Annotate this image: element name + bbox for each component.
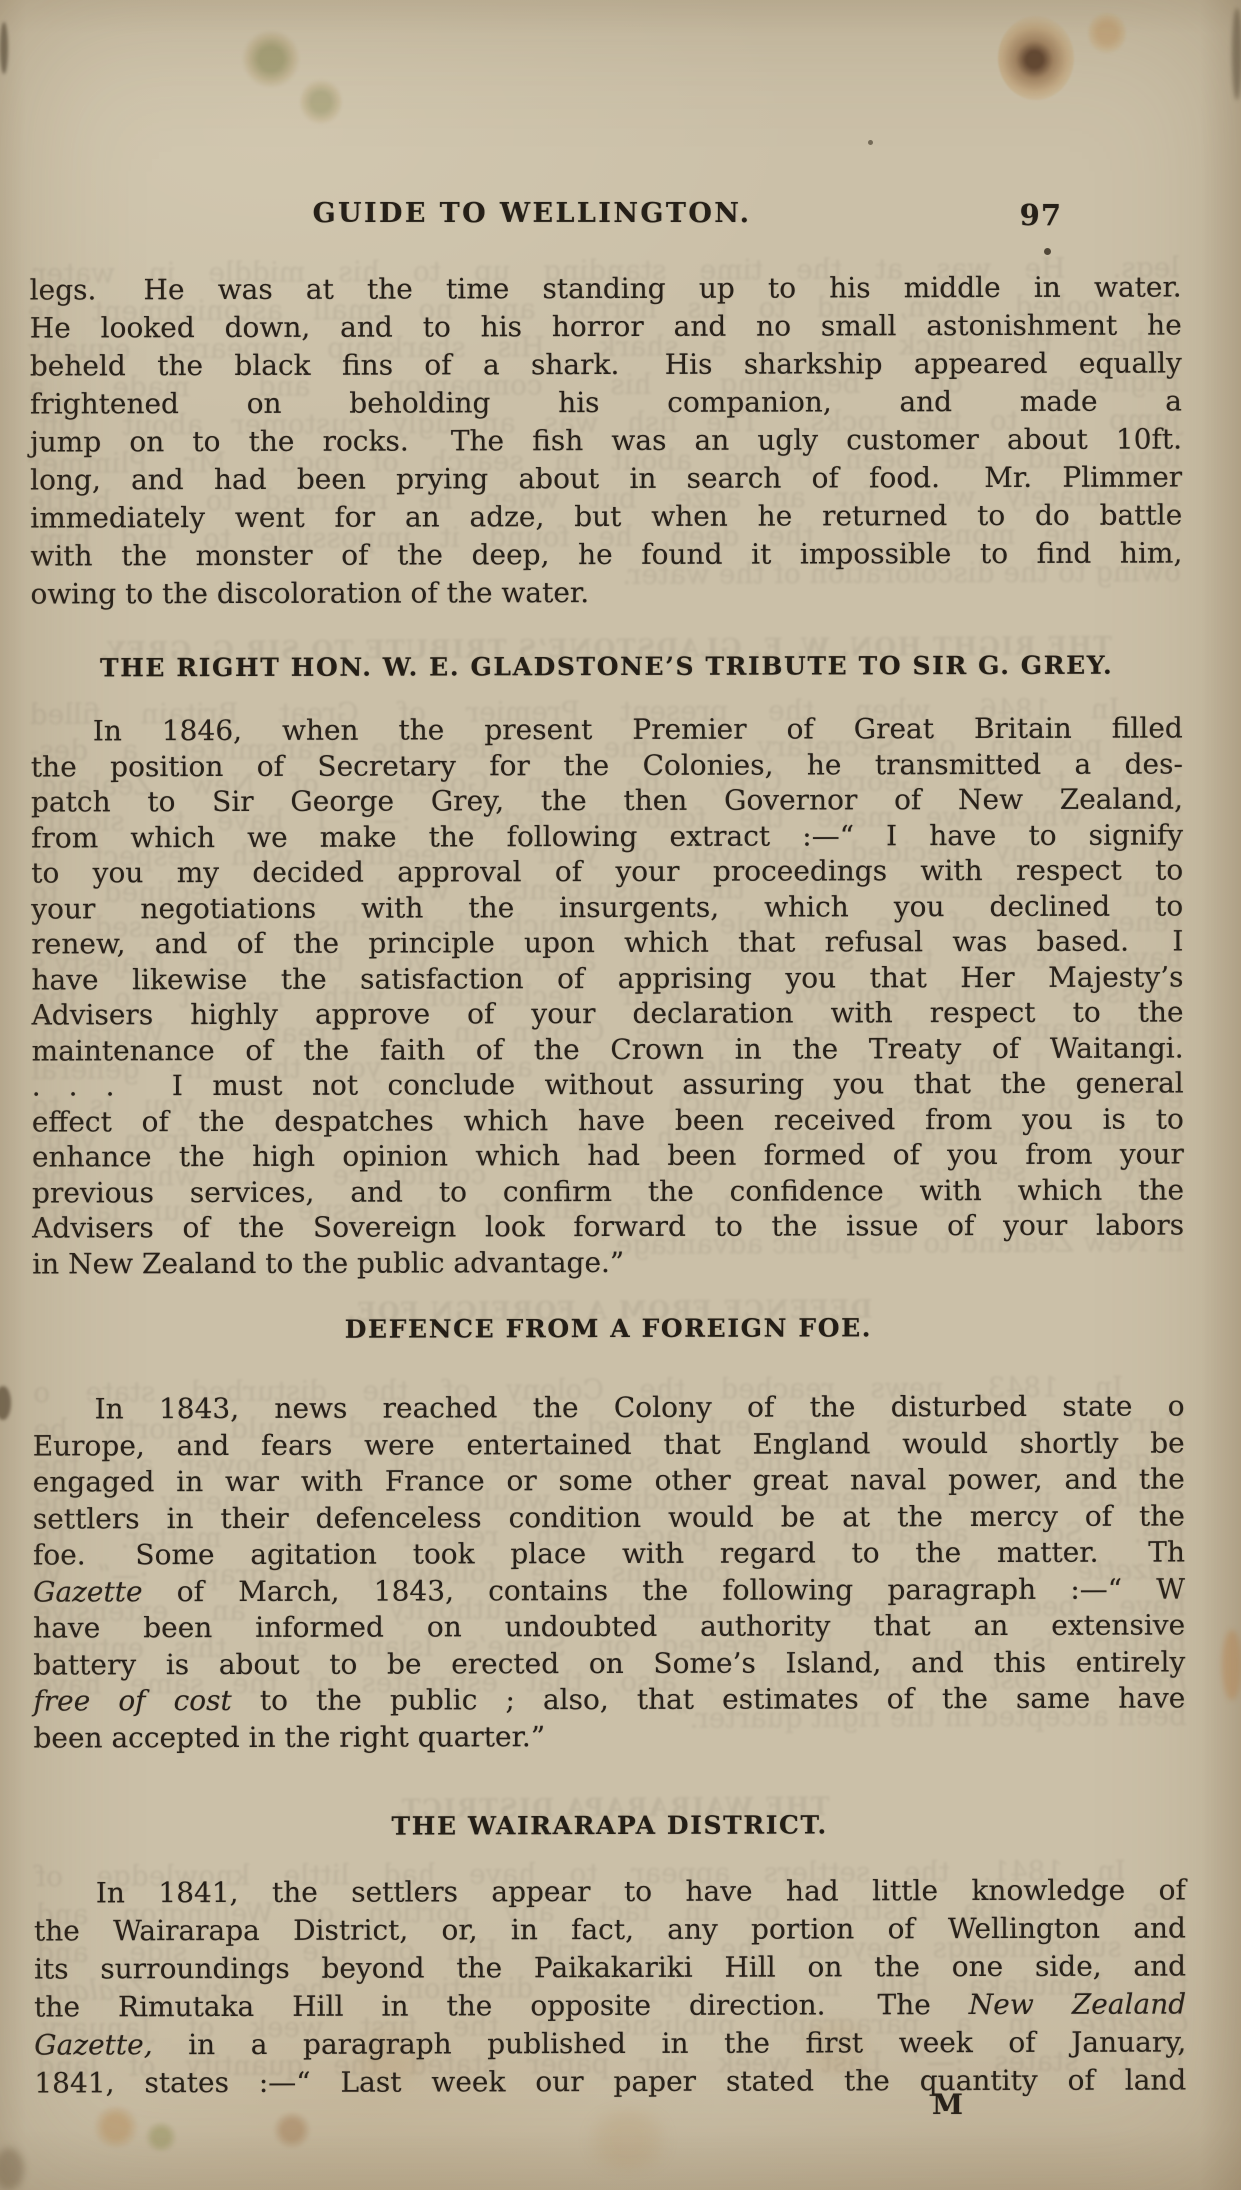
text-segment: immediately went for an adze, but when h… xyxy=(30,498,1182,534)
text-line: Gazette, in a paragraph published in the… xyxy=(34,2023,1186,2064)
text-line: to you my decided approval of your proce… xyxy=(31,852,1183,891)
running-header: GUIDE TO WELLINGTON. 97 xyxy=(32,198,1184,238)
italic-text: free of cost xyxy=(33,1684,231,1718)
text-segment: jump on to the rocks. The fish was an ug… xyxy=(30,422,1182,458)
text-line: free of cost to the public ; also, that … xyxy=(33,1680,1185,1720)
text-line: your negotiations with the insurgents, w… xyxy=(31,888,1183,927)
text-line: renew, and of the principle upon which t… xyxy=(31,923,1183,962)
text-segment: In 1843, news reached the Colony of the … xyxy=(95,1389,1185,1425)
ink-blot xyxy=(998,16,1074,100)
signature-mark: M xyxy=(932,2088,963,2121)
text-segment: battery is about to be erected on Some’s… xyxy=(33,1645,1185,1681)
text-segment: the Wairarapa District, or, in fact, any… xyxy=(34,1911,1186,1947)
edge-mark xyxy=(0,22,8,74)
text-line: long, and had been prying about in searc… xyxy=(30,458,1182,499)
text-line: frightened on beholding his companion, a… xyxy=(30,382,1182,423)
text-line: the position of Secretary for the Coloni… xyxy=(31,746,1183,785)
text-line: patch to Sir George Grey, the then Gover… xyxy=(31,781,1183,820)
text-segment: settlers in their defenceless condition … xyxy=(33,1499,1185,1535)
text-line: foe. Some agitation took place with rega… xyxy=(33,1534,1185,1574)
text-segment: Advisers of the Sovereign look forward t… xyxy=(32,1208,1184,1244)
paragraph: In 1846, when the present Premier of Gre… xyxy=(31,710,1184,1281)
text-segment: in New Zealand to the public advantage.” xyxy=(32,1245,624,1280)
corner-shadow xyxy=(0,2148,24,2190)
text-segment: the position of Secretary for the Coloni… xyxy=(31,747,1183,783)
text-line: In 1843, news reached the Colony of the … xyxy=(33,1388,1185,1428)
text-line: in New Zealand to the public advantage.” xyxy=(32,1243,1184,1282)
text-line: In 1846, when the present Premier of Gre… xyxy=(31,710,1183,749)
text-segment: have been informed on undoubted authorit… xyxy=(33,1608,1185,1644)
text-segment: In 1841, the settlers appear to have had… xyxy=(96,1873,1186,1909)
text-line: have likewise the satisfaction of appris… xyxy=(31,959,1183,998)
text-segment: maintenance of the faith of the Crown in… xyxy=(32,1031,1184,1067)
section-heading: THE WAIRARAPA DISTRICT. xyxy=(34,1809,1186,1842)
text-segment: to the public ; also, that estimates of … xyxy=(232,1681,1186,1716)
edge-smudge xyxy=(1222,1630,1241,1700)
text-line: legs. He was at the time standing up to … xyxy=(30,268,1182,309)
text-line: from which we make the following extract… xyxy=(31,817,1183,856)
page-number: 97 xyxy=(1020,198,1062,232)
text-segment: from which we make the following extract… xyxy=(31,818,1183,854)
text-line: enhance the high opinion which had been … xyxy=(32,1136,1184,1175)
text-line: He looked down, and to his horror and no… xyxy=(30,306,1182,347)
text-segment: of March, 1843, contains the following p… xyxy=(142,1572,1185,1608)
text-line: battery is about to be erected on Some’s… xyxy=(33,1644,1185,1684)
foxing-spot xyxy=(144,2122,178,2152)
text-segment: effect of the despatches which have been… xyxy=(32,1102,1184,1138)
section-heading: DEFENCE FROM A FOREIGN FOE. xyxy=(32,1312,1184,1345)
text-segment: frightened on beholding his companion, a… xyxy=(30,384,1182,420)
paragraph: legs. He was at the time standing up to … xyxy=(30,268,1183,613)
text-line: with the monster of the deep, he found i… xyxy=(30,534,1182,575)
edge-mark xyxy=(0,1386,11,1420)
text-segment: beheld the black fins of a shark. His sh… xyxy=(30,346,1182,382)
edge-mark xyxy=(1232,8,1241,100)
text-line: immediately went for an adze, but when h… xyxy=(30,496,1182,537)
paragraph: In 1841, the settlers appear to have had… xyxy=(34,1871,1187,2102)
text-line: 1841, states :—“ Last week our paper sta… xyxy=(34,2061,1186,2102)
text-segment: legs. He was at the time standing up to … xyxy=(30,270,1182,306)
text-line: been accepted in the right quarter.” xyxy=(33,1717,1185,1757)
text-segment: Europe, and fears were entertained that … xyxy=(33,1426,1185,1462)
text-line: . . . I must not conclude without assuri… xyxy=(32,1065,1184,1104)
text-line: owing to the discoloration of the water. xyxy=(30,572,1182,613)
text-segment: renew, and of the principle upon which t… xyxy=(31,924,1183,960)
text-segment: engaged in war with France or some other… xyxy=(33,1462,1185,1498)
text-segment: the Rimutaka Hill in the opposite direct… xyxy=(34,1988,969,2023)
section-heading: THE RIGHT HON. W. E. GLADSTONE’S TRIBUTE… xyxy=(31,650,1183,683)
italic-text: New Zealand xyxy=(969,1987,1186,2021)
ink-speck xyxy=(868,140,873,145)
text-line: have been informed on undoubted authorit… xyxy=(33,1607,1185,1647)
text-line: the Rimutaka Hill in the opposite direct… xyxy=(34,1985,1186,2026)
text-segment: your negotiations with the insurgents, w… xyxy=(31,889,1183,925)
text-line: the Wairarapa District, or, in fact, any… xyxy=(34,1909,1186,1950)
text-line: In 1841, the settlers appear to have had… xyxy=(34,1871,1186,1912)
text-line: beheld the black fins of a shark. His sh… xyxy=(30,344,1182,385)
text-line: Advisers highly approve of your declarat… xyxy=(32,994,1184,1033)
text-line: Europe, and fears were entertained that … xyxy=(33,1425,1185,1465)
text-line: its surroundings beyond the Paikakariki … xyxy=(34,1947,1186,1988)
faint-blotch xyxy=(580,2110,676,2170)
text-segment: have likewise the satisfaction of appris… xyxy=(31,960,1183,996)
italic-text: Gazette xyxy=(33,1575,143,1608)
text-segment: He looked down, and to his horror and no… xyxy=(30,308,1182,344)
text-segment: enhance the high opinion which had been … xyxy=(32,1137,1184,1173)
foxing-spot xyxy=(92,2106,140,2148)
text-line: maintenance of the faith of the Crown in… xyxy=(32,1030,1184,1069)
text-line: settlers in their defenceless condition … xyxy=(33,1498,1185,1538)
text-segment: been accepted in the right quarter.” xyxy=(33,1720,545,1754)
foxing-spot xyxy=(1088,12,1126,54)
running-header-title: GUIDE TO WELLINGTON. xyxy=(0,198,1108,229)
text-line: jump on to the rocks. The fish was an ug… xyxy=(30,420,1182,461)
text-line: engaged in war with France or some other… xyxy=(33,1461,1185,1501)
text-segment: patch to Sir George Grey, the then Gover… xyxy=(31,782,1183,818)
text-segment: in a paragraph published in the first we… xyxy=(153,2025,1187,2061)
italic-text: Gazette, xyxy=(34,2028,152,2061)
text-segment: 1841, states :—“ Last week our paper sta… xyxy=(34,2063,1186,2099)
text-segment: . . . I must not conclude without assuri… xyxy=(32,1066,1184,1102)
text-segment: foe. Some agitation took place with rega… xyxy=(33,1535,1185,1571)
text-segment: In 1846, when the present Premier of Gre… xyxy=(93,711,1183,747)
text-segment: to you my decided approval of your proce… xyxy=(31,853,1183,889)
foxing-spot xyxy=(300,78,342,126)
text-line: previous services, and to confirm the co… xyxy=(32,1172,1184,1211)
page-text: legs. He was at the time standing up to … xyxy=(30,268,1187,2102)
ink-speck xyxy=(1044,248,1051,255)
text-segment: owing to the discoloration of the water. xyxy=(30,576,589,610)
text-segment: its surroundings beyond the Paikakariki … xyxy=(34,1949,1186,1985)
text-segment: with the monster of the deep, he found i… xyxy=(30,536,1182,572)
book-page: legs. He was at the time standing up to … xyxy=(0,0,1241,2190)
text-line: Advisers of the Sovereign look forward t… xyxy=(32,1207,1184,1246)
foxing-spot xyxy=(272,2112,312,2148)
text-segment: Advisers highly approve of your declarat… xyxy=(32,995,1184,1031)
text-line: Gazette of March, 1843, contains the fol… xyxy=(33,1571,1185,1611)
text-segment: long, and had been prying about in searc… xyxy=(30,460,1182,496)
text-segment: previous services, and to confirm the co… xyxy=(32,1173,1184,1209)
foxing-spot xyxy=(242,30,300,88)
text-line: effect of the despatches which have been… xyxy=(32,1101,1184,1140)
paragraph: In 1843, news reached the Colony of the … xyxy=(33,1388,1186,1756)
